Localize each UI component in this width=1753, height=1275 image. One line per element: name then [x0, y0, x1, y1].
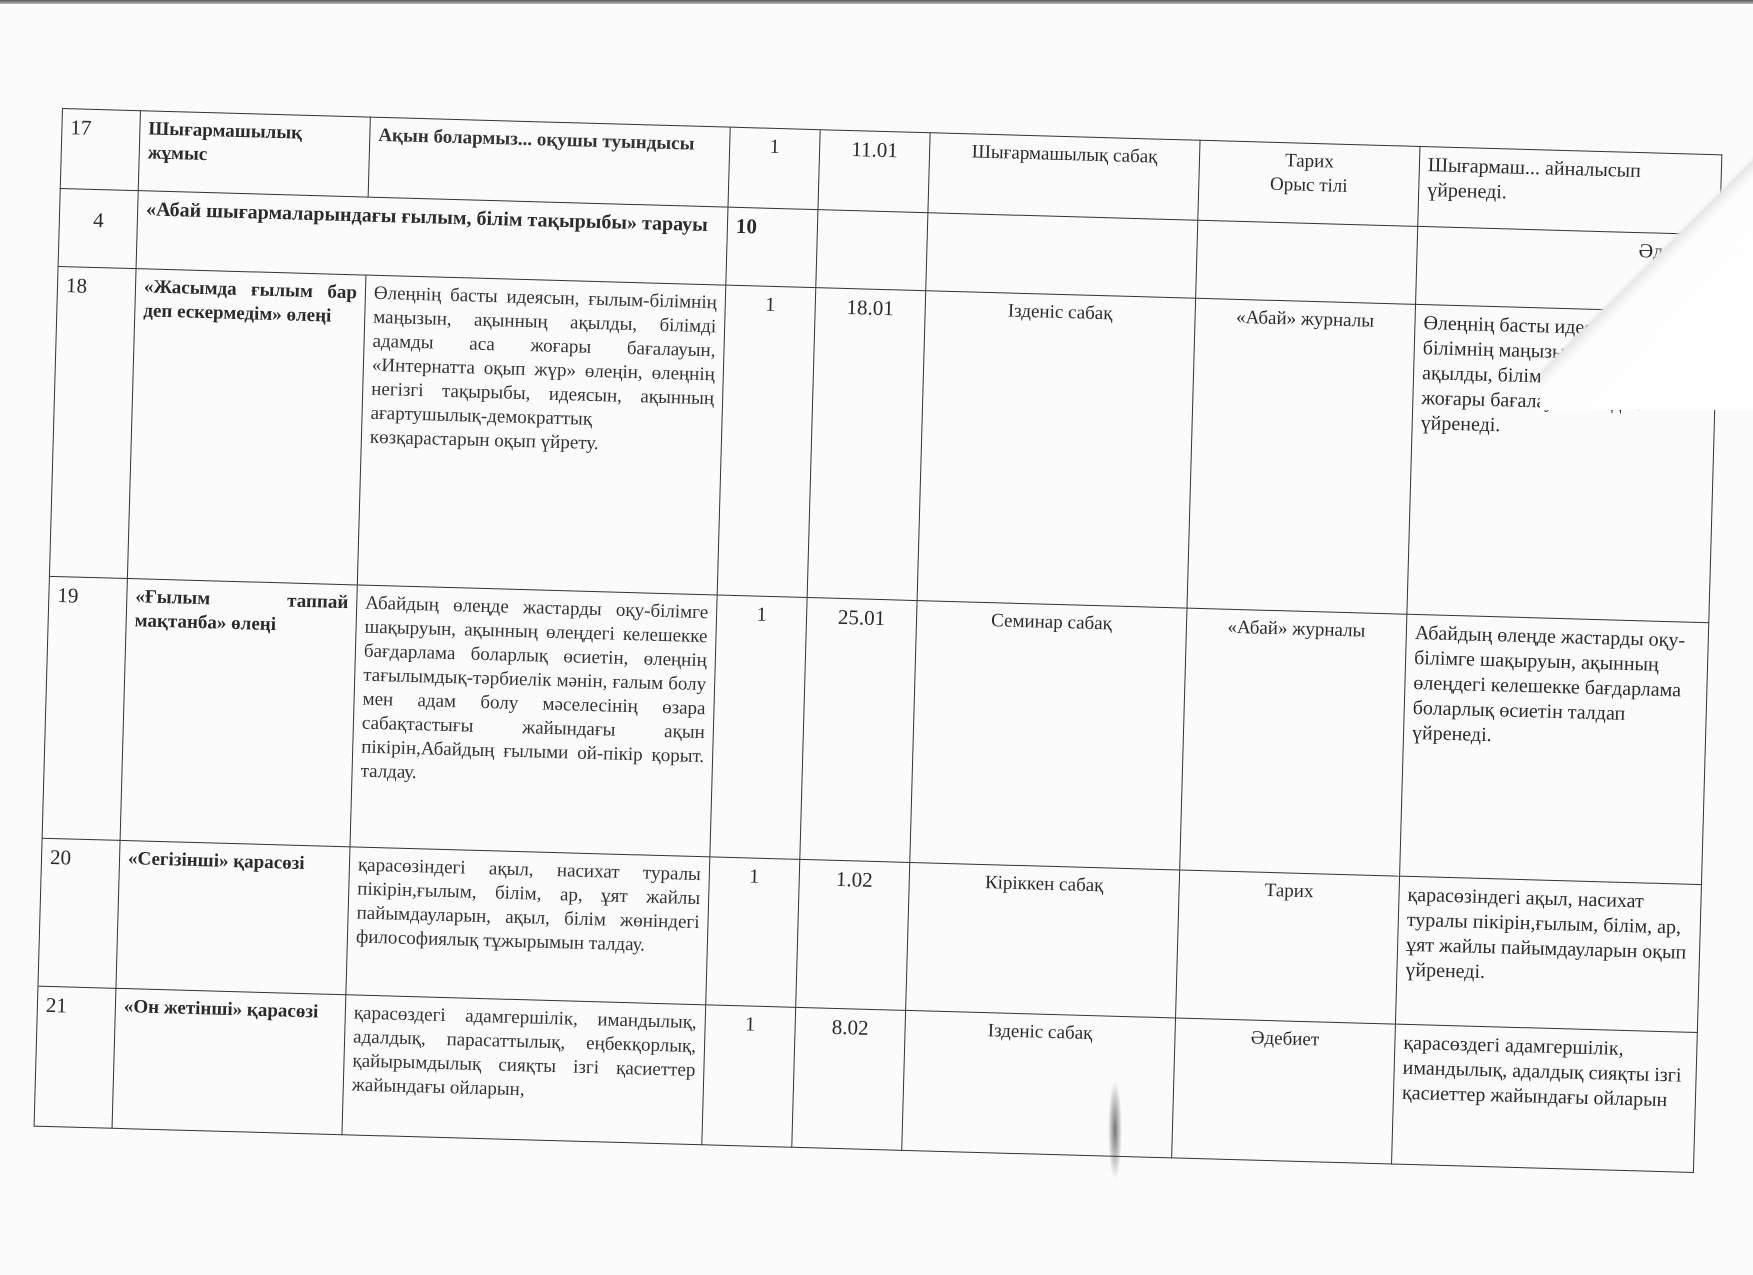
row-number: 20	[38, 838, 120, 988]
lesson-date: 18.01	[807, 288, 926, 601]
lesson-topic: «Ғылым таппай мақтанба» өлеңі	[120, 579, 357, 847]
lesson-type: Семинар сабақ	[910, 601, 1187, 870]
expected-result: Өлеңнің басты идеясын, ғылым-білімнің ма…	[1407, 304, 1718, 622]
lesson-content: қарасөзіндегі ақыл, насихат туралы пікір…	[346, 847, 710, 1005]
lesson-plan-sheet: 17 Шығармашылық жұмыс Ақын болармыз... о…	[34, 108, 1722, 1173]
lesson-topic: «Сегізінші» қарасөзі	[116, 840, 350, 994]
expected-result: Абайдың өлеңде жастарды оқу-білімге шақы…	[1400, 614, 1709, 884]
lesson-type: Ізденіс сабақ	[917, 291, 1196, 608]
expected-result: қарасөзіндегі ақыл, насихат туралы пікір…	[1395, 876, 1701, 1032]
table-row: 18 «Жасымда ғылым бар деп ескермедім» өл…	[49, 266, 1717, 622]
lesson-date: 11.01	[818, 130, 930, 213]
empty-cell	[926, 213, 1198, 299]
lesson-content: Өлеңнің басты идеясын, ғылым-білімнің ма…	[357, 275, 726, 595]
lesson-plan-table: 17 Шығармашылық жұмыс Ақын болармыз... о…	[34, 108, 1723, 1173]
lesson-date: 25.01	[800, 597, 917, 862]
lesson-date: 8.02	[792, 1007, 906, 1150]
lesson-hours: 1	[706, 857, 800, 1007]
expected-result: қарасөздегі адамгершілік, имандылық, ада…	[1392, 1024, 1698, 1172]
lesson-type: Кіріккен сабақ	[906, 862, 1180, 1017]
expected-result: Шығармаш... айналысып үйренеді.	[1418, 146, 1722, 234]
interdisciplinary-links: Тарих	[1176, 870, 1400, 1024]
lesson-topic: Шығармашылық жұмыс	[138, 111, 370, 197]
row-number: 17	[60, 109, 140, 191]
row-number: 21	[34, 986, 116, 1128]
lesson-topic: «Он жетінші» қарасөзі	[112, 988, 346, 1134]
row-number: 18	[49, 266, 136, 578]
lesson-content: қарасөздегі адамгершілік, имандылық, ада…	[342, 995, 706, 1145]
interdisciplinary-links: Тарих Орыс тілі	[1198, 140, 1420, 226]
lesson-hours: 1	[717, 285, 816, 597]
lesson-type: Шығармашылық сабақ	[928, 133, 1200, 221]
interdisciplinary-links: «Абай» журналы	[1187, 298, 1416, 614]
section-hours: 10	[726, 207, 818, 287]
section-subject: Әдебиет	[1416, 226, 1720, 312]
interdisciplinary-links: Әдебиет	[1172, 1018, 1396, 1164]
lesson-hours: 1	[728, 127, 820, 209]
lesson-content: Ақын болармыз... оқушы туындысы	[368, 117, 730, 207]
interdisciplinary-links: «Абай» журналы	[1180, 608, 1407, 876]
lesson-hours: 1	[702, 1005, 796, 1147]
empty-cell	[1196, 220, 1418, 304]
lesson-hours: 1	[710, 595, 807, 859]
section-number: 4	[58, 188, 138, 268]
empty-cell	[816, 210, 928, 291]
lesson-topic: «Жасымда ғылым бар деп ескермедім» өлеңі	[127, 269, 366, 585]
lesson-type: Ізденіс сабақ	[902, 1010, 1176, 1157]
lesson-date: 1.02	[796, 859, 910, 1010]
table-row: 19 «Ғылым таппай мақтанба» өлеңі Абайдың…	[42, 576, 1709, 884]
scanned-page: 17 Шығармашылық жұмыс Ақын болармыз... о…	[0, 0, 1753, 1275]
row-number: 19	[42, 576, 127, 840]
lesson-content: Абайдың өлеңде жастарды оқу-білімге шақы…	[350, 585, 717, 857]
